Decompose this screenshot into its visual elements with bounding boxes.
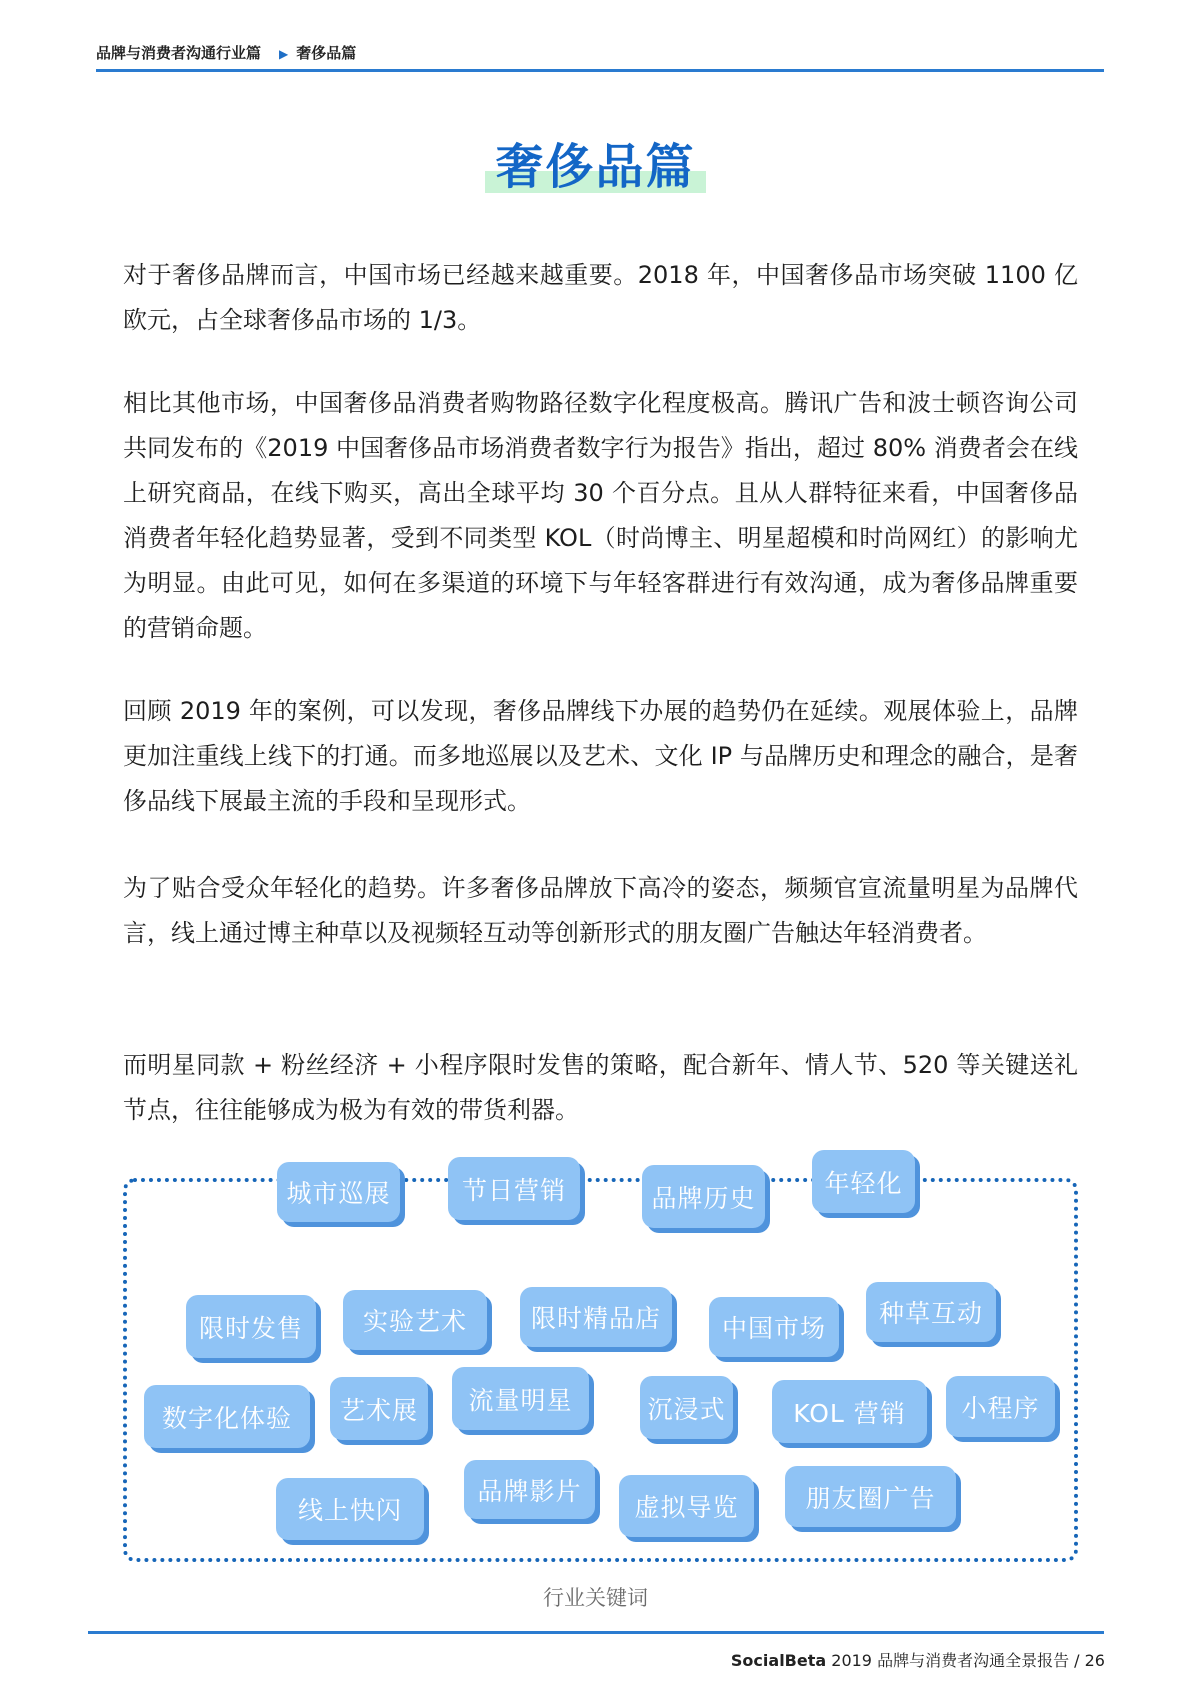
keyword-tag: 限时精品店 — [520, 1287, 672, 1347]
header-subsection: 奢侈品篇 — [296, 44, 356, 62]
keyword-tag: 限时发售 — [186, 1295, 316, 1358]
footer: SocialBeta 2019 品牌与消费者沟通全景报告 / 26 — [731, 1648, 1105, 1671]
keyword-tag: 节日营销 — [448, 1157, 580, 1220]
keyword-tag: 小程序 — [946, 1376, 1055, 1437]
page-title-wrap: 奢侈品篇 — [0, 128, 1191, 197]
keyword-tag: 实验艺术 — [343, 1290, 487, 1350]
paragraph-5: 而明星同款 + 粉丝经济 + 小程序限时发售的策略，配合新年、情人节、520 等… — [123, 1043, 1078, 1133]
paragraph-text: 相比其他市场，中国奢侈品消费者购物路径数字化程度极高。腾讯广告和波士顿咨询公司共… — [123, 381, 1078, 651]
keyword-tag: 朋友圈广告 — [785, 1466, 956, 1527]
paragraph-text: 对于奢侈品牌而言，中国市场已经越来越重要。2018 年，中国奢侈品市场突破 11… — [123, 253, 1078, 343]
page-title: 奢侈品篇 — [485, 128, 705, 197]
keyword-tag: 城市巡展 — [277, 1162, 400, 1222]
keyword-tag: 虚拟导览 — [619, 1475, 754, 1537]
page-title-text: 奢侈品篇 — [495, 139, 695, 195]
keyword-tag: 年轻化 — [812, 1150, 915, 1213]
keyword-tag: 数字化体验 — [144, 1385, 310, 1448]
keyword-tag: KOL 营销 — [772, 1380, 927, 1443]
keyword-tag: 沉浸式 — [640, 1376, 733, 1439]
header-breadcrumb: 品牌与消费者沟通行业篇▶奢侈品篇 — [96, 42, 356, 63]
keyword-tag: 流量明星 — [452, 1367, 589, 1430]
paragraph-2: 相比其他市场，中国奢侈品消费者购物路径数字化程度极高。腾讯广告和波士顿咨询公司共… — [123, 381, 1078, 651]
paragraph-4: 为了贴合受众年轻化的趋势。许多奢侈品牌放下高冷的姿态，频频官宣流量明星为品牌代言… — [123, 866, 1078, 956]
header-divider — [96, 69, 1104, 72]
footer-report-title: 2019 品牌与消费者沟通全景报告 / 26 — [826, 1651, 1105, 1670]
keyword-tag: 中国市场 — [709, 1297, 839, 1357]
paragraph-1: 对于奢侈品牌而言，中国市场已经越来越重要。2018 年，中国奢侈品市场突破 11… — [123, 253, 1078, 343]
play-triangle-icon: ▶ — [279, 47, 288, 61]
paragraph-text: 而明星同款 + 粉丝经济 + 小程序限时发售的策略，配合新年、情人节、520 等… — [123, 1043, 1078, 1133]
keyword-tag: 种草互动 — [866, 1282, 996, 1342]
keyword-tag: 艺术展 — [330, 1377, 428, 1440]
paragraph-text: 为了贴合受众年轻化的趋势。许多奢侈品牌放下高冷的姿态，频频官宣流量明星为品牌代言… — [123, 866, 1078, 956]
keyword-tag: 线上快闪 — [276, 1478, 424, 1540]
header-section: 品牌与消费者沟通行业篇 — [96, 44, 261, 62]
footer-brand: SocialBeta — [731, 1651, 826, 1670]
footer-divider — [88, 1631, 1104, 1634]
keyword-cloud-caption: 行业关键词 — [0, 1582, 1191, 1612]
keyword-tag: 品牌影片 — [464, 1460, 595, 1519]
paragraph-3: 回顾 2019 年的案例，可以发现，奢侈品牌线下办展的趋势仍在延续。观展体验上，… — [123, 689, 1078, 824]
keyword-tag: 品牌历史 — [642, 1165, 765, 1228]
paragraph-text: 回顾 2019 年的案例，可以发现，奢侈品牌线下办展的趋势仍在延续。观展体验上，… — [123, 689, 1078, 824]
